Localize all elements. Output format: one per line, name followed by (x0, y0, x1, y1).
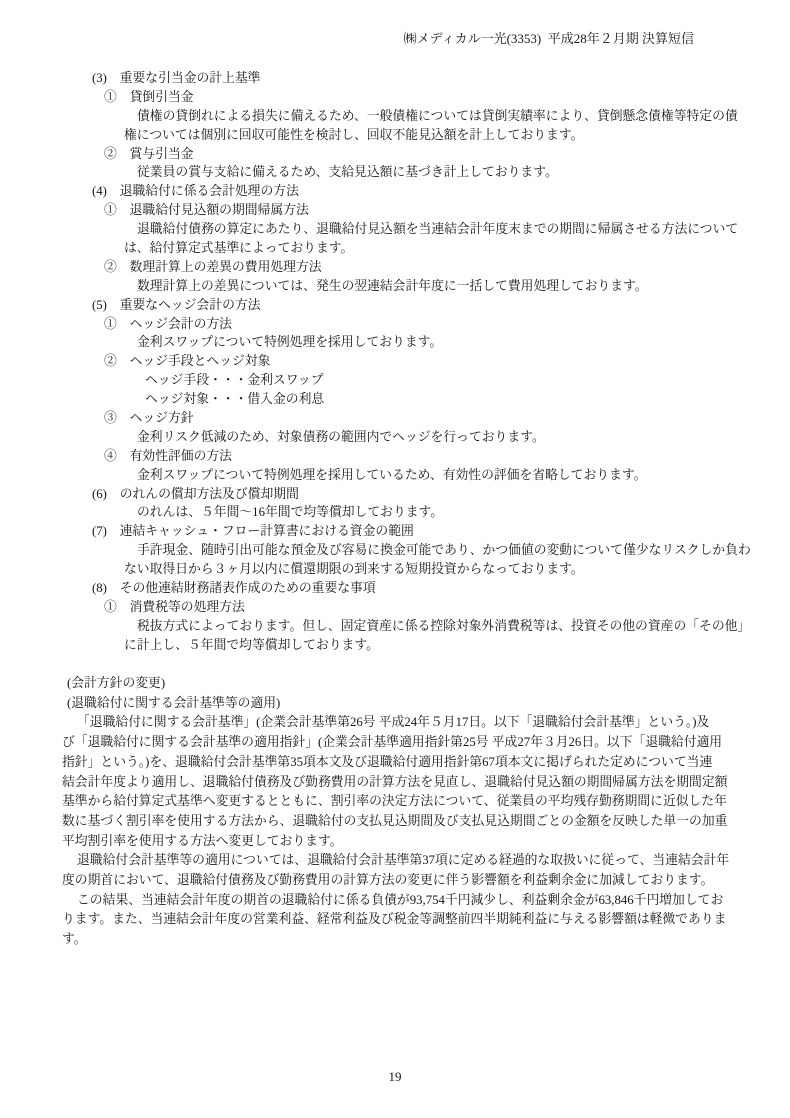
document-body: (3) 重要な引当金の計上基準① 貸倒引当金債権の貸倒れによる損失に備えるため、… (0, 69, 790, 950)
text-line: ヘッジ対象・・・借入金の利息 (145, 390, 790, 409)
text-line: 退職給付債務の算定にあたり、退職給付見込額を当連結会計年度末までの期間に帰属させ… (137, 220, 790, 239)
text-line: (4) 退職給付に係る会計処理の方法 (92, 182, 790, 201)
text-line: ① 退職給付見込額の期間帰属方法 (104, 201, 790, 220)
text-line: す。 (62, 930, 790, 950)
text-line: 金利スワップについて特例処理を採用しております。 (137, 333, 790, 352)
text-line: 退職給付会計基準等の適用については、退職給付会計基準第37項に定める経過的な取扱… (77, 851, 790, 871)
text-line: 税抜方式によっております。但し、固定資産に係る控除対象外消費税等は、投資その他の… (137, 617, 790, 636)
text-line: 金利スワップについて特例処理を採用しているため、有効性の評価を省略しております。 (137, 466, 790, 485)
text-line: 指針」という。)を、退職給付会計基準第35項本文及び退職給付適用指針第67項本文… (62, 753, 790, 773)
text-line: 従業員の賞与支給に備えるため、支給見込額に基づき計上しております。 (137, 163, 790, 182)
text-line: 数に基づく割引率を使用する方法から、退職給付の支払見込期間及び支払見込期間ごとの… (62, 812, 790, 832)
text-line: (8) その他連結財務諸表作成のための重要な事項 (92, 579, 790, 598)
text-line: び「退職給付に関する会計基準の適用指針」(企業会計基準適用指針第25号 平成27… (62, 733, 790, 753)
text-line: ① ヘッジ会計の方法 (104, 315, 790, 334)
document-page: ㈱メディカル一光(3353) 平成28年２月期 決算短信 (3) 重要な引当金の… (0, 0, 790, 1118)
text-line: 度の期首において、退職給付債務及び勤務費用の計算方法の変更に伴う影響額を利益剰余… (62, 871, 790, 891)
text-line: (5) 重要なヘッジ会計の方法 (92, 296, 790, 315)
page-number: 19 (0, 1067, 790, 1086)
text-line: 債権の貸倒れによる損失に備えるため、一般債権については貸倒実績率により、貸倒懸念… (137, 107, 790, 126)
text-line: この結果、当連結会計年度の期首の退職給付に係る負債が93,754千円減少し、利益… (77, 891, 790, 911)
text-line: 数理計算上の差異については、発生の翌連結会計年度に一括して費用処理しております。 (137, 277, 790, 296)
blank-line (0, 655, 790, 675)
text-line: 結会計年度より適用し、退職給付債務及び勤務費用の計算方法を見直し、退職給付見込額… (62, 773, 790, 793)
text-line: ① 貸倒引当金 (104, 88, 790, 107)
text-line: ない取得日から３ヶ月以内に償還期限の到来する短期投資からなっております。 (124, 560, 790, 579)
text-line: は、給付算定式基準によっております。 (124, 239, 790, 258)
text-line: (会計方針の変更) (67, 674, 790, 694)
text-line: ヘッジ手段・・・金利スワップ (145, 371, 790, 390)
text-line: (7) 連結キャッシュ・フロー計算書における資金の範囲 (92, 522, 790, 541)
text-line: に計上し、５年間で均等償却しております。 (124, 636, 790, 655)
text-line: ② 賞与引当金 (104, 145, 790, 164)
text-line: ります。また、当連結会計年度の営業利益、経常利益及び税金等調整前四半期純利益に与… (62, 910, 790, 930)
text-line: 「退職給付に関する会計基準」(企業会計基準第26号 平成24年５月17日。以下「… (77, 713, 790, 733)
text-line: 基準から給付算定式基準へ変更するとともに、割引率の決定方法について、従業員の平均… (62, 792, 790, 812)
text-line: ② 数理計算上の差異の費用処理方法 (104, 258, 790, 277)
text-line: 手許現金、随時引出可能な預金及び容易に換金可能であり、かつ価値の変動について僅少… (137, 541, 790, 560)
text-line: のれんは、５年間～16年間で均等償却しております。 (137, 503, 790, 522)
text-line: 金利リスク低減のため、対象債務の範囲内でヘッジを行っております。 (137, 428, 790, 447)
text-line: 平均割引率を使用する方法へ変更しております。 (62, 832, 790, 852)
page-header: ㈱メディカル一光(3353) 平成28年２月期 決算短信 (404, 31, 694, 47)
text-line: ② ヘッジ手段とヘッジ対象 (104, 352, 790, 371)
text-line: 権については個別に回収可能性を検討し、回収不能見込額を計上しております。 (124, 126, 790, 145)
text-line: (退職給付に関する会計基準等の適用) (67, 694, 790, 714)
text-line: ③ ヘッジ方針 (104, 409, 790, 428)
text-line: (6) のれんの償却方法及び償却期間 (92, 485, 790, 504)
text-line: ① 消費税等の処理方法 (104, 598, 790, 617)
text-line: ④ 有効性評価の方法 (104, 447, 790, 466)
text-line: (3) 重要な引当金の計上基準 (92, 69, 790, 88)
